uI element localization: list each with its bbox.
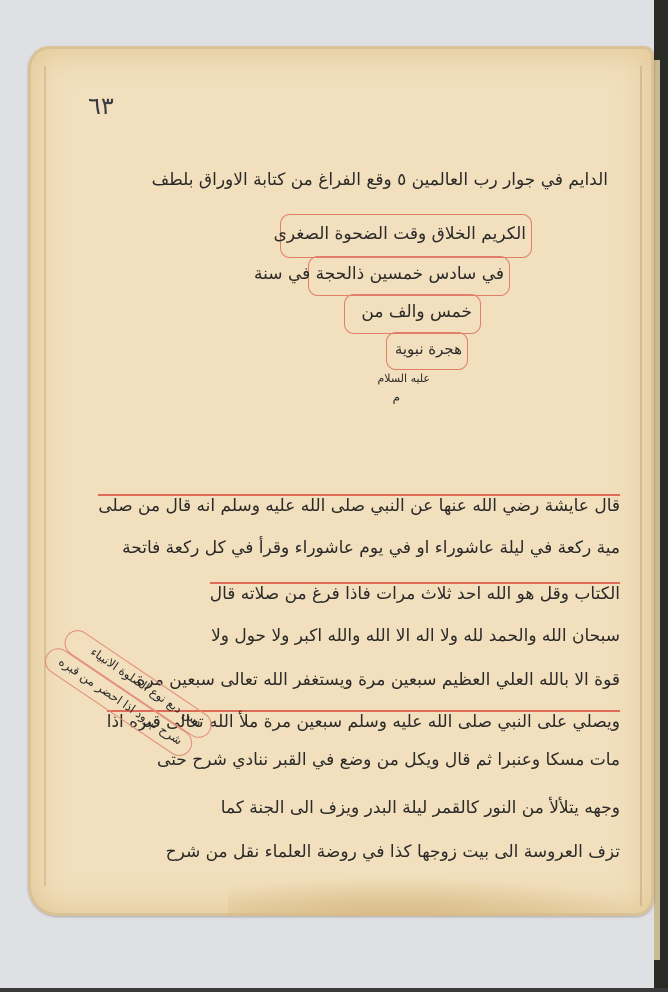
adjacent-page-margin [654,60,660,960]
colophon-line-3: في سادس خمسين ذالحجة في سنة [254,264,504,284]
colophon-line-5: هجرة نبوية [395,340,462,358]
colophon-line-1: الدايم في جوار رب العالمين ٥ وقع الفراغ … [178,170,608,190]
body-line-1: قال عايشة رضي الله عنها عن النبي صلى الل… [98,494,620,516]
colophon-line-2: الكريم الخلاق وقت الضحوة الصغرى [274,224,526,244]
colophon-text-4: خمس والف من [361,302,472,322]
body-line-9: تزف العروسة الى بيت زوجها كذا في روضة ال… [166,842,620,862]
colophon-text-5: هجرة نبوية [395,340,462,358]
colophon-text-2: الكريم الخلاق وقت الضحوة الصغرى [274,224,526,244]
colophon-line-6: عليه السلام [377,372,430,385]
colophon-text-3: في سادس خمسين ذالحجة في سنة [254,264,504,284]
adjacent-page-edge [654,0,668,992]
body-line-7: مات مسكا وعنبرا ثم قال ويكل من وضع في ال… [157,750,620,770]
colophon-text-6: عليه السلام [377,372,430,385]
body-line-2: مية ركعة في ليلة عاشوراء او في يوم عاشور… [122,538,620,558]
folio-number: ٦٣ [88,92,114,120]
scan-bottom-border [0,988,668,992]
body-line-5: قوة الا بالله العلي العظيم سبعين مرة ويس… [136,670,620,690]
body-line-4: سبحان الله والحمد لله ولا اله الا الله و… [211,626,620,646]
colophon-terminal-mark: م [393,390,400,404]
body-line-3: الكتاب وقل هو الله احد ثلاث مرات فاذا فر… [210,582,620,604]
body-line-8: وجهه يتلألأ من النور كالقمر ليلة البدر و… [221,798,620,818]
colophon-line-4: خمس والف من [361,302,472,322]
colophon-text-1: الدايم في جوار رب العالمين ٥ وقع الفراغ … [152,170,608,190]
water-stain [228,876,648,916]
